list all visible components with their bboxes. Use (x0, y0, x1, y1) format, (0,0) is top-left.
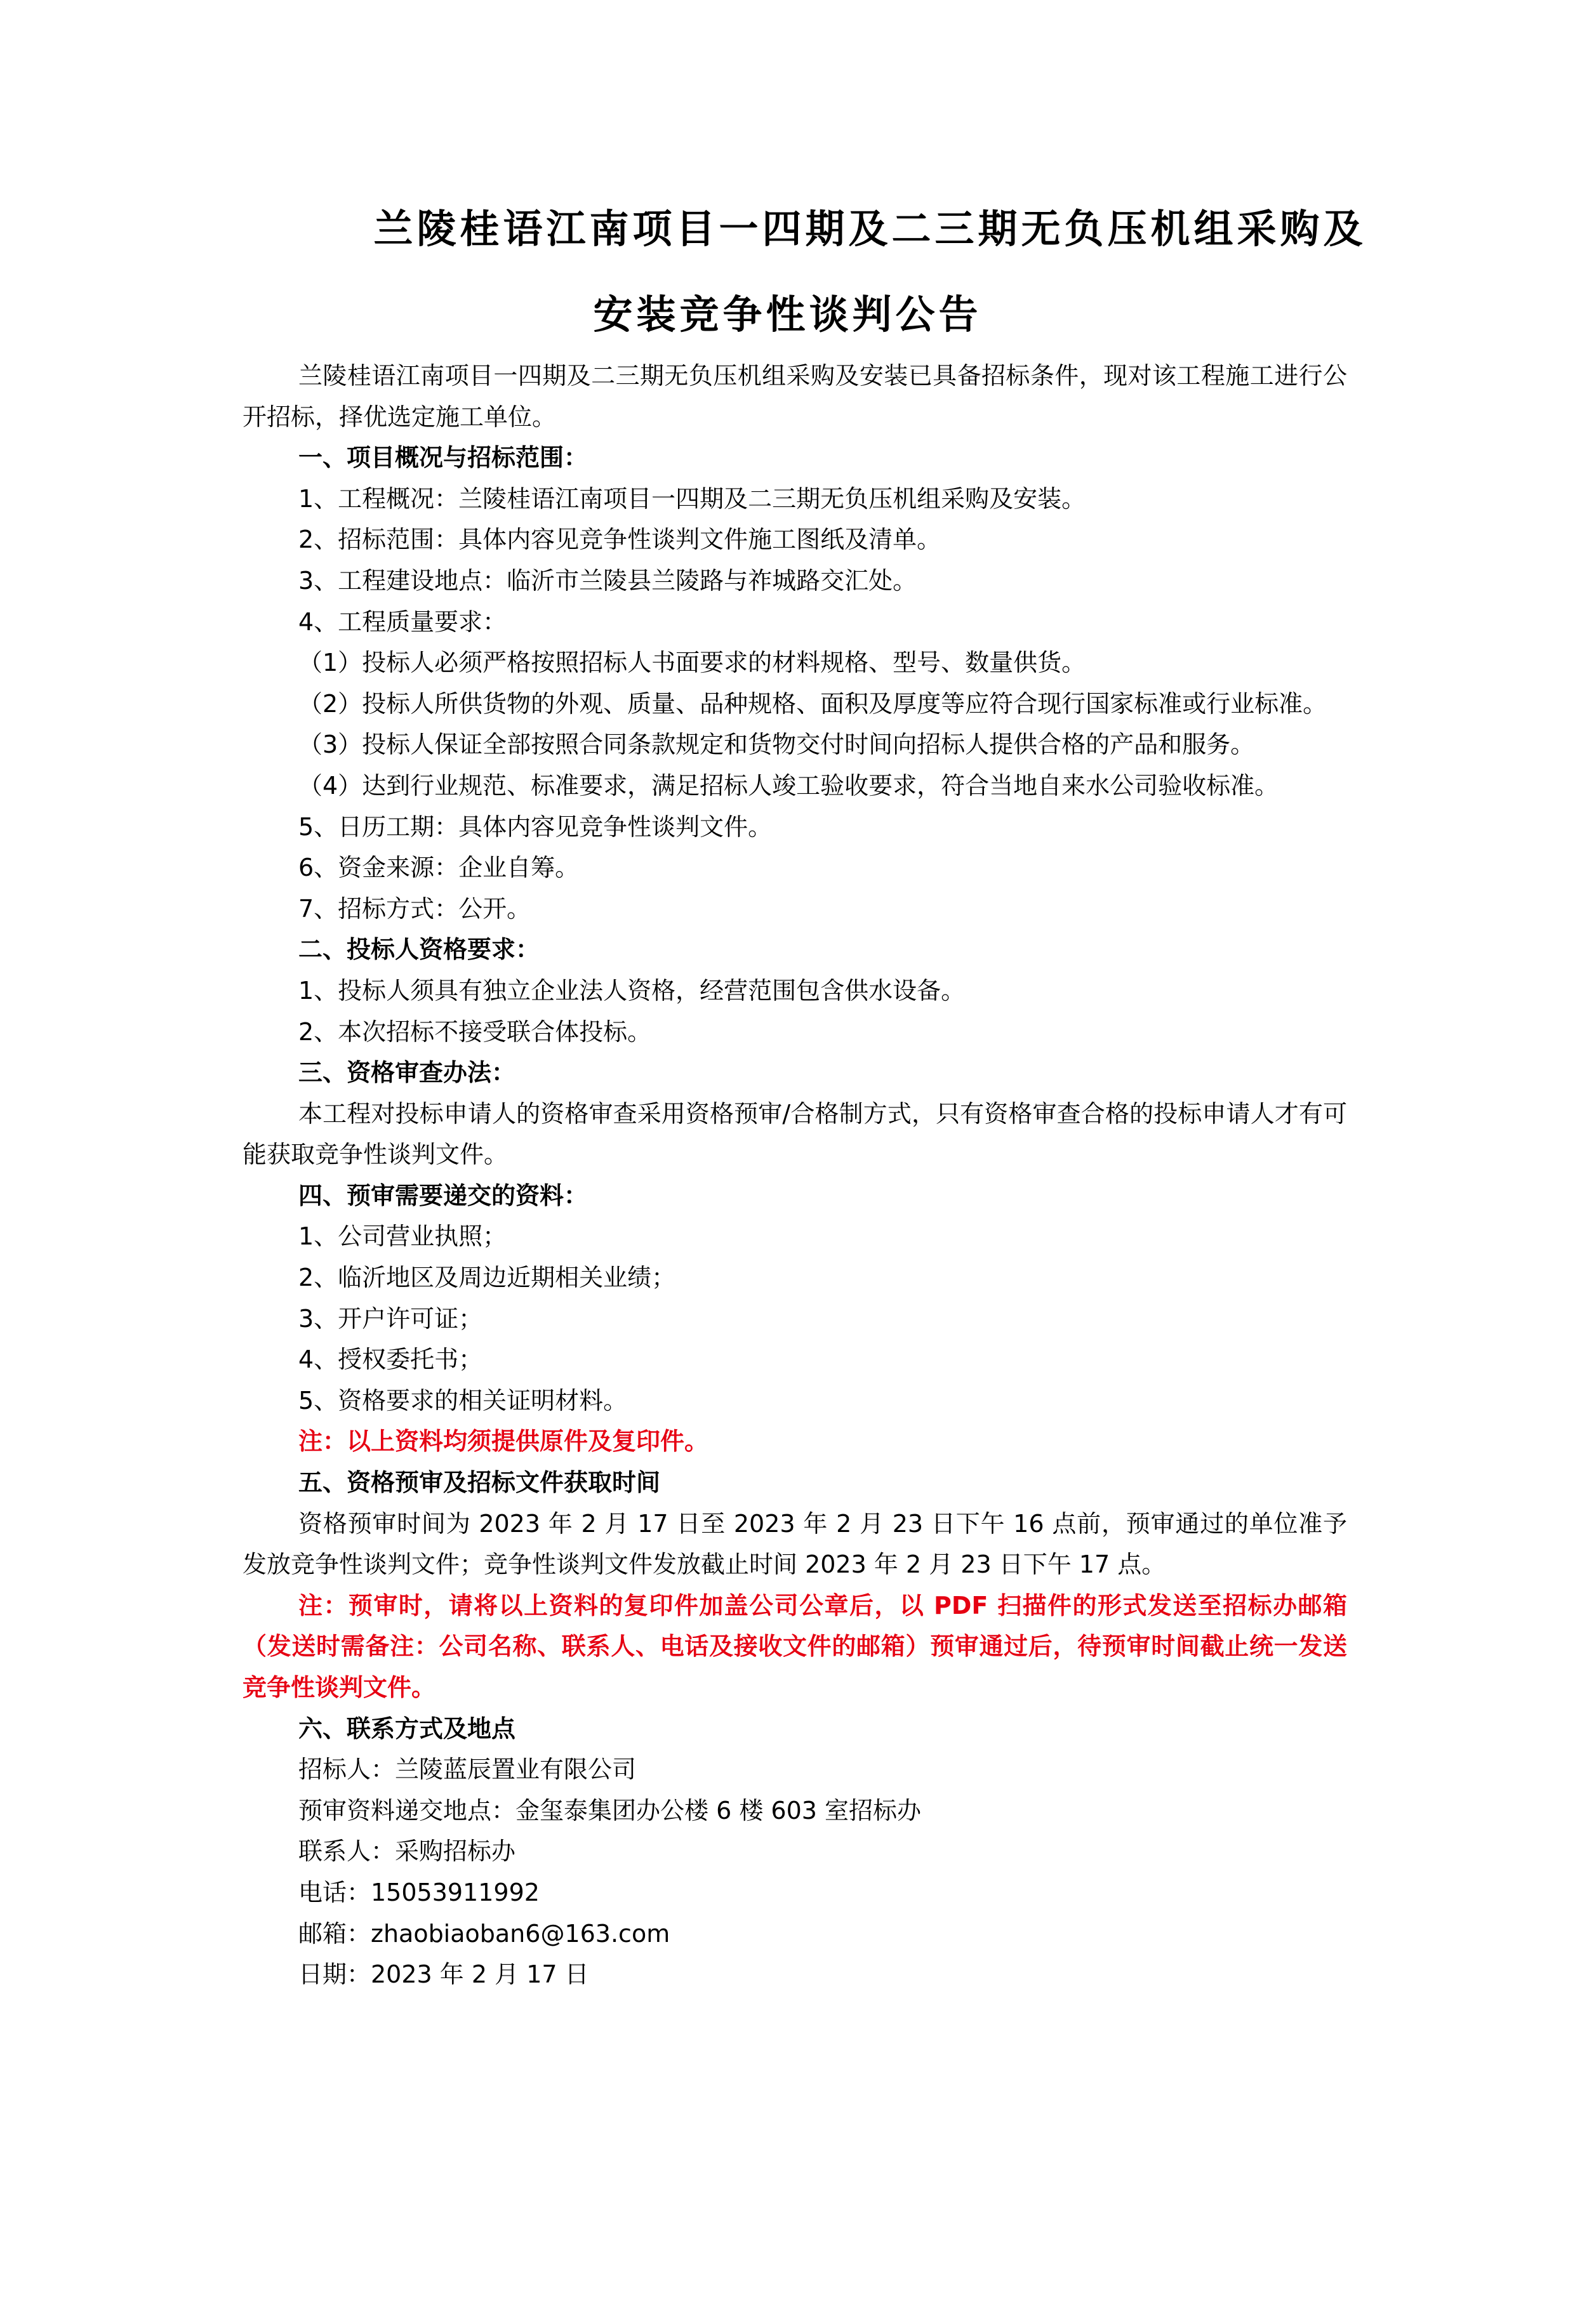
section6-heading: 六、联系方式及地点 (243, 1708, 1347, 1750)
document-page: 兰陵桂语江南项目一四期及二三期无负压机组采购及 安装竞争性谈判公告 兰陵桂语江南… (0, 0, 1575, 2324)
intro-paragraph: 兰陵桂语江南项目一四期及二三期无负压机组采购及安装已具备招标条件，现对该工程施工… (243, 355, 1347, 437)
section1-item: 6、资金来源：企业自筹。 (243, 847, 1347, 888)
section4-item: 3、开户许可证； (243, 1298, 1347, 1340)
section1-item: 1、工程概况：兰陵桂语江南项目一四期及二三期无负压机组采购及安装。 (243, 479, 1347, 520)
section1-heading: 一、项目概况与招标范围： (243, 437, 1347, 479)
quality-requirement: （3）投标人保证全部按照合同条款规定和货物交付时间向招标人提供合格的产品和服务。 (243, 724, 1347, 765)
document-body: 兰陵桂语江南项目一四期及二三期无负压机组采购及安装已具备招标条件，现对该工程施工… (243, 355, 1347, 1995)
quality-requirement: （2）投标人所供货物的外观、质量、品种规格、面积及厚度等应符合现行国家标准或行业… (243, 683, 1347, 725)
section4-item: 5、资格要求的相关证明材料。 (243, 1380, 1347, 1422)
contact-address: 预审资料递交地点：金玺泰集团办公楼 6 楼 603 室招标办 (243, 1790, 1347, 1832)
section1-item: 2、招标范围：具体内容见竞争性谈判文件施工图纸及清单。 (243, 519, 1347, 560)
quality-requirement: （4）达到行业规范、标准要求，满足招标人竣工验收要求，符合当地自来水公司验收标准… (243, 765, 1347, 807)
section3-text: 本工程对投标申请人的资格审查采用资格预审/合格制方式，只有资格审查合格的投标申请… (243, 1093, 1347, 1175)
section4-item: 2、临沂地区及周边近期相关业绩； (243, 1257, 1347, 1298)
section1-item: 3、工程建设地点：临沂市兰陵县兰陵路与祚城路交汇处。 (243, 560, 1347, 602)
contact-person: 联系人：采购招标办 (243, 1831, 1347, 1872)
section2-heading: 二、投标人资格要求： (243, 929, 1347, 970)
document-title-line-1: 兰陵桂语江南项目一四期及二三期无负压机组采购及 (83, 209, 1575, 249)
section1-item: 4、工程质量要求： (243, 602, 1347, 643)
section5-heading: 五、资格预审及招标文件获取时间 (243, 1462, 1347, 1503)
section2-item: 2、本次招标不接受联合体投标。 (243, 1012, 1347, 1053)
section1-item: 7、招标方式：公开。 (243, 888, 1347, 930)
section3-heading: 三、资格审查办法： (243, 1052, 1347, 1093)
document-title-line-2: 安装竞争性谈判公告 (0, 295, 1575, 334)
quality-requirement: （1）投标人必须严格按照招标人书面要求的材料规格、型号、数量供货。 (243, 642, 1347, 683)
section4-item: 1、公司营业执照； (243, 1216, 1347, 1257)
contact-tenderer: 招标人：兰陵蓝辰置业有限公司 (243, 1749, 1347, 1790)
announcement-date: 日期：2023 年 2 月 17 日 (243, 1954, 1347, 1995)
section1-item: 5、日历工期：具体内容见竞争性谈判文件。 (243, 807, 1347, 848)
section4-heading: 四、预审需要递交的资料： (243, 1175, 1347, 1217)
section4-note: 注：以上资料均须提供原件及复印件。 (243, 1421, 1347, 1462)
contact-phone: 电话：15053911992 (243, 1872, 1347, 1913)
section4-item: 4、授权委托书； (243, 1339, 1347, 1380)
section5-text: 资格预审时间为 2023 年 2 月 17 日至 2023 年 2 月 23 日… (243, 1503, 1347, 1585)
section5-note: 注：预审时，请将以上资料的复印件加盖公司公章后，以 PDF 扫描件的形式发送至招… (243, 1585, 1347, 1708)
section2-item: 1、投标人须具有独立企业法人资格，经营范围包含供水设备。 (243, 970, 1347, 1012)
contact-email: 邮箱：zhaobiaoban6@163.com (243, 1913, 1347, 1955)
